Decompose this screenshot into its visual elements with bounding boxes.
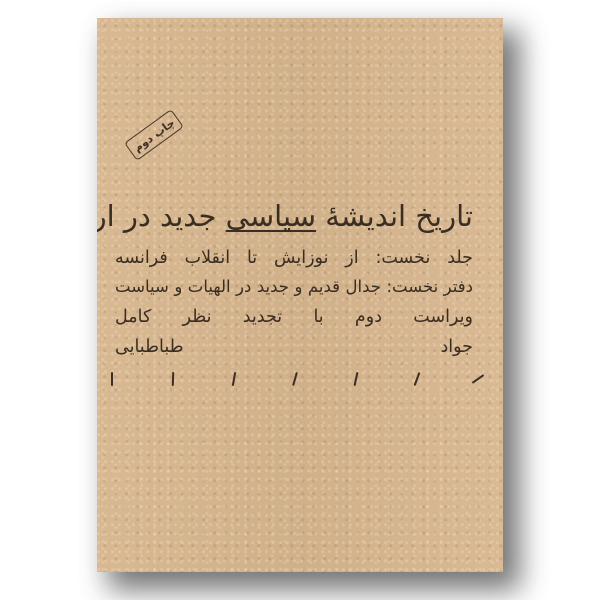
book-title: تاریخ اندیشهٔ سیاسی جدید در اروپا <box>115 196 473 236</box>
tick-mark <box>472 374 485 384</box>
book-cover: چاپ دوم تاریخ اندیشهٔ سیاسی جدید در اروپ… <box>97 18 503 572</box>
decorative-tick-marks <box>111 372 479 394</box>
part-line: دفتر نخست: جدال قدیم و جدید در الهیات و … <box>115 272 473 302</box>
edition-stamp: چاپ دوم <box>124 109 184 161</box>
edition-line: ویراست دوم با تجدید نظر کامل <box>115 302 473 332</box>
tick-mark <box>354 372 359 386</box>
tick-mark <box>414 372 421 386</box>
tick-mark <box>232 372 236 386</box>
title-part-1: تاریخ اندیشهٔ <box>316 199 473 233</box>
author-name: جواد طباطبایی <box>115 332 473 362</box>
title-part-2: جدید در اروپا <box>97 199 226 233</box>
tick-mark <box>111 372 113 386</box>
product-image: چاپ دوم تاریخ اندیشهٔ سیاسی جدید در اروپ… <box>0 0 600 600</box>
tick-mark <box>292 372 298 386</box>
tick-mark <box>172 372 174 386</box>
edition-stamp-label: چاپ دوم <box>132 117 177 154</box>
volume-line: جلد نخست: از نوزایش تا انقلاب فرانسه <box>115 243 473 273</box>
title-underlined-word: سیاسی <box>226 199 316 233</box>
